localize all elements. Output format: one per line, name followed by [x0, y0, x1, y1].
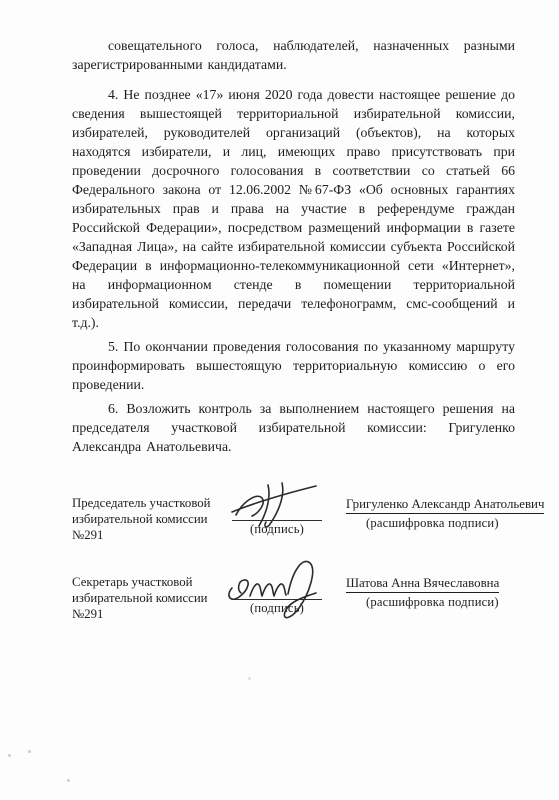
scan-speck	[8, 754, 11, 757]
document-page: совещательного голоса, наблюдателей, наз…	[0, 0, 559, 800]
secretary-name-caption: (расшифровка подписи)	[346, 595, 549, 610]
secretary-signature-scribble-icon	[222, 554, 334, 626]
secretary-role-line1: Секретарь участковой	[72, 574, 232, 590]
signature-section: Председатель участковой избирательной ко…	[72, 490, 559, 622]
chairman-role-label: Председатель участковой избирательной ко…	[72, 490, 232, 543]
secretary-name-block: Шатова Анна Вячеславовна (расшифровка по…	[346, 569, 549, 610]
secretary-name: Шатова Анна Вячеславовна	[346, 576, 499, 593]
signature-block-chairman: Председатель участковой избирательной ко…	[72, 490, 549, 543]
chairman-name: Григуленко Александр Анатольевич	[346, 497, 544, 514]
scan-speck	[28, 750, 31, 753]
secretary-role-label: Секретарь участковой избирательной комис…	[72, 569, 232, 622]
secretary-role-line2: избирательной комиссии №291	[72, 590, 232, 622]
scan-speck	[248, 677, 251, 680]
chairman-signature-scribble-icon	[226, 479, 326, 531]
body-text: совещательного голоса, наблюдателей, наз…	[72, 36, 559, 456]
chairman-name-caption: (расшифровка подписи)	[346, 516, 549, 531]
signature-block-secretary: Секретарь участковой избирательной комис…	[72, 569, 549, 622]
secretary-signature-area: (подпись)	[232, 569, 322, 616]
paragraph-item-6: 6. Возложить контроль за выполнением нас…	[72, 399, 515, 456]
chairman-role-line2: избирательной комиссии №291	[72, 511, 232, 543]
paragraph-continuation: совещательного голоса, наблюдателей, наз…	[72, 36, 515, 74]
scan-speck	[67, 779, 70, 782]
chairman-name-block: Григуленко Александр Анатольевич (расшиф…	[346, 490, 549, 531]
document-content: совещательного голоса, наблюдателей, наз…	[72, 36, 559, 622]
secretary-signature-line	[232, 569, 322, 600]
paragraph-item-4: 4. Не позднее «17» июня 2020 года довест…	[72, 85, 515, 332]
chairman-signature-line	[232, 490, 322, 521]
chairman-role-line1: Председатель участковой	[72, 495, 232, 511]
chairman-signature-area: (подпись)	[232, 490, 322, 537]
paragraph-item-5: 5. По окончании проведения голосования п…	[72, 337, 515, 394]
